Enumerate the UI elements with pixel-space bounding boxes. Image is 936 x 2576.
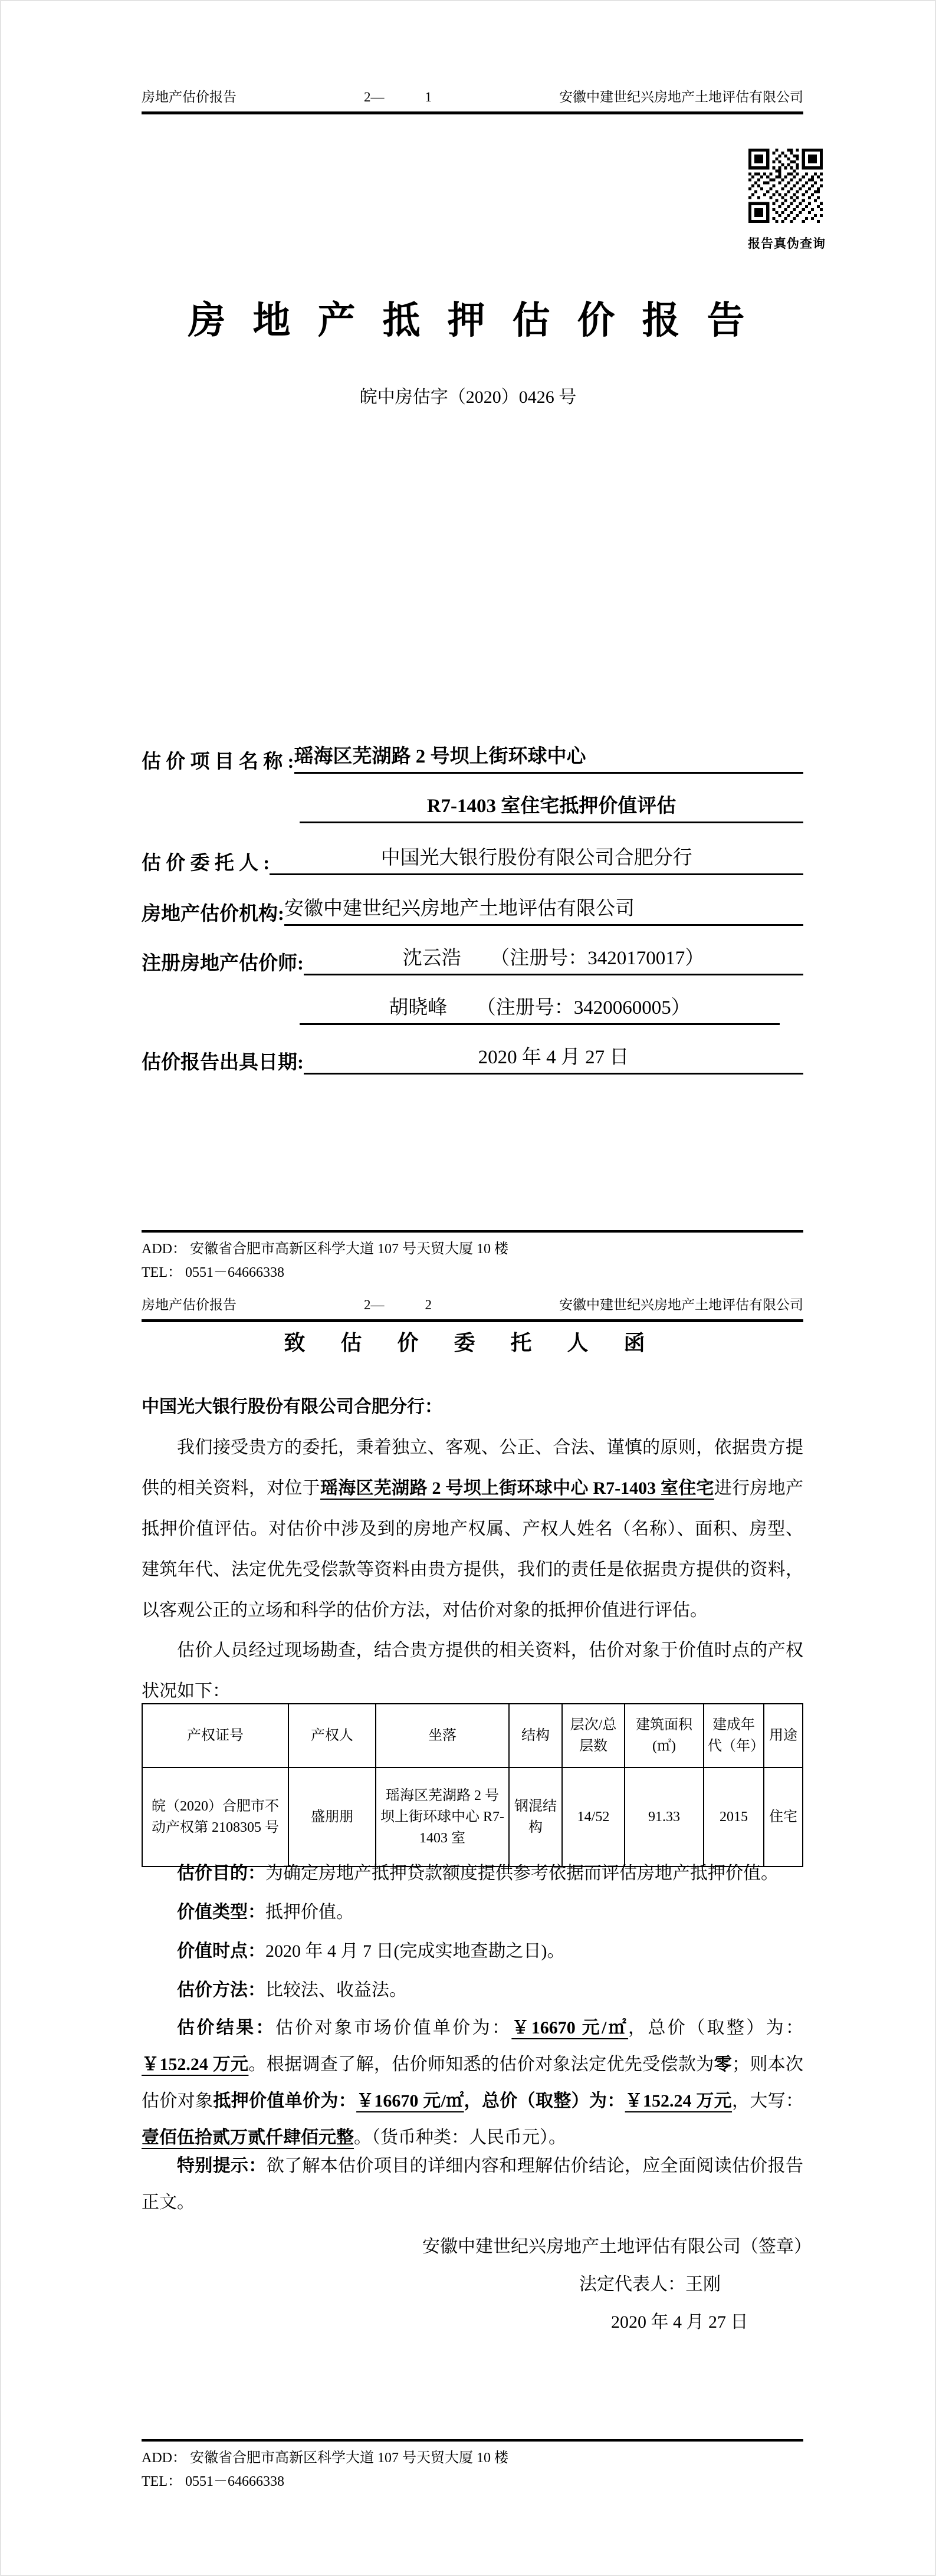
cell-certificate-no: 皖（2020）合肥市不动产权第 2108305 号: [142, 1767, 288, 1867]
letter-paragraph-survey: 估价人员经过现场勘查，结合贵方提供的相关资料，估价对象于价值时点的产权状况如下：: [142, 1630, 803, 1711]
letter-paragraph-intro: 我们接受贵方的委托，秉着独立、客观、公正、合法、谨慎的原则，依据贵方提供的相关资…: [142, 1427, 803, 1631]
item-value-date: 价值时点：2020 年 4 月 7 日(完成实地查勘之日)。: [142, 1933, 803, 1970]
appraisal-report-document: 房地产估价报告 2— 1 安徽中建世纪兴房地产土地评估有限公司 报告真伪查询 房…: [0, 0, 936, 2576]
col-header-floor: 层次/总层数: [562, 1704, 625, 1767]
signature-date: 2020 年 4 月 27 日: [611, 2307, 748, 2333]
qr-caption: 报告真伪查询: [748, 234, 823, 252]
form-label: 注册房地产估价师:: [142, 948, 304, 975]
page2-footer: ADD： 安徽省合肥市高新区科学大道 107 号天贸大厦 10 楼 TEL： 0…: [142, 2439, 803, 2493]
form-value: 沈云浩 （注册号：3420170017）: [304, 942, 803, 975]
col-header-certificate-no: 产权证号: [142, 1704, 288, 1767]
form-row-project-name-cont: R7-1403 室住宅抵押价值评估: [142, 790, 803, 823]
form-value: 2020 年 4 月 27 日: [304, 1041, 803, 1075]
form-row-issue-date: 估价报告出具日期: 2020 年 4 月 27 日: [142, 1041, 803, 1075]
report-number: 皖中房估字（2020）0426 号: [0, 382, 936, 408]
cell-owner: 盛朋朋: [288, 1767, 376, 1867]
form-value: 胡晓峰 （注册号：3420060005）: [300, 992, 780, 1025]
item-text: 2020 年 4 月 7 日(完成实地查勘之日)。: [265, 1941, 564, 1961]
form-row-client: 估 价 委 托 人 : 中国光大银行股份有限公司合肥分行: [142, 842, 803, 875]
table-header-row: 产权证号 产权人 坐落 结构 层次/总层数 建筑面积(㎡) 建成年代（年） 用途: [142, 1704, 803, 1767]
col-header-owner: 产权人: [288, 1704, 376, 1767]
property-rights-table: 产权证号 产权人 坐落 结构 层次/总层数 建筑面积(㎡) 建成年代（年） 用途…: [142, 1703, 803, 1867]
signature-legal-representative: 法定代表人：王刚: [579, 2269, 721, 2295]
qr-code-icon: [748, 149, 823, 223]
form-label: 估价报告出具日期:: [142, 1047, 304, 1075]
cell-location: 瑶海区芜湖路 2 号坝上街环球中心 R7-1403 室: [376, 1767, 509, 1867]
item-appraisal-method: 估价方法：比较法、收益法。: [142, 1972, 803, 2009]
footer-address: ADD： 安徽省合肥市高新区科学大道 107 号天贸大厦 10 楼: [142, 1237, 803, 1261]
item-text: 比较法、收益法。: [265, 1980, 407, 2000]
form-value: R7-1403 室住宅抵押价值评估: [300, 790, 803, 823]
cell-year-built: 2015: [704, 1767, 764, 1867]
item-label: 特别提示：: [177, 2156, 267, 2176]
table-data-row: 皖（2020）合肥市不动产权第 2108305 号 盛朋朋 瑶海区芜湖路 2 号…: [142, 1767, 803, 1867]
footer-telephone: TEL： 0551－64666338: [142, 2470, 803, 2493]
item-label: 价值时点：: [177, 1941, 265, 1961]
col-header-area: 建筑面积(㎡): [625, 1704, 704, 1767]
signature-company: 安徽中建世纪兴房地产土地评估有限公司（签章）: [422, 2232, 812, 2258]
header-company-name: 安徽中建世纪兴房地产土地评估有限公司: [559, 86, 803, 106]
form-value: 瑶海区芜湖路 2 号坝上街环球中心: [294, 741, 804, 774]
item-label: 估价目的：: [177, 1864, 265, 1883]
cell-floor: 14/52: [562, 1767, 625, 1867]
cell-use: 住宅: [764, 1767, 803, 1867]
page1-running-header: 房地产估价报告 2— 1 安徽中建世纪兴房地产土地评估有限公司: [142, 86, 803, 114]
footer-address: ADD： 安徽省合肥市高新区科学大道 107 号天贸大厦 10 楼: [142, 2446, 803, 2470]
form-row-project-name: 估 价 项 目 名 称 : 瑶海区芜湖路 2 号坝上街环球中心: [142, 741, 803, 774]
header-company-name: 安徽中建世纪兴房地产土地评估有限公司: [559, 1294, 803, 1313]
item-text: 抵押价值。: [265, 1903, 354, 1922]
qr-block: 报告真伪查询: [748, 149, 823, 252]
item-label: 估价方法：: [177, 1980, 265, 2000]
form-label: 估 价 项 目 名 称 :: [142, 746, 294, 774]
form-label: 房地产估价机构:: [142, 898, 284, 926]
page2-running-header: 房地产估价报告 2— 2 安徽中建世纪兴房地产土地评估有限公司: [142, 1294, 803, 1322]
header-page-number: 2— 2: [237, 1294, 559, 1313]
col-header-use: 用途: [764, 1704, 803, 1767]
header-page-number: 2— 1: [237, 86, 559, 106]
item-text: 为确定房地产抵押贷款额度提供参考依据而评估房地产抵押价值。: [265, 1864, 779, 1883]
header-doc-label: 房地产估价报告: [142, 1294, 237, 1313]
col-header-location: 坐落: [376, 1704, 509, 1767]
form-label: 估 价 委 托 人 :: [142, 847, 270, 875]
col-header-year-built: 建成年代（年）: [704, 1704, 764, 1767]
report-main-title: 房 地 产 抵 押 估 价 报 告: [0, 290, 936, 344]
item-special-notice: 特别提示：欲了解本估价项目的详细内容和理解估价结论，应全面阅读估价报告正文。: [142, 2148, 803, 2221]
letter-title: 致 估 价 委 托 人 函: [0, 1326, 936, 1356]
form-row-agency: 房地产估价机构: 安徽中建世纪兴房地产土地评估有限公司: [142, 893, 803, 926]
item-appraisal-result: 估价结果：估价对象市场价值单价为：￥16670 元/㎡，总价（取整）为：￥152…: [142, 2010, 803, 2156]
item-label: 价值类型：: [177, 1903, 265, 1922]
form-value: 中国光大银行股份有限公司合肥分行: [270, 842, 803, 875]
form-row-appraiser-1: 注册房地产估价师: 沈云浩 （注册号：3420170017）: [142, 942, 803, 975]
cell-structure: 钢混结构: [509, 1767, 562, 1867]
cell-area: 91.33: [625, 1767, 704, 1867]
footer-telephone: TEL： 0551－64666338: [142, 1261, 803, 1284]
form-row-appraiser-2: 胡晓峰 （注册号：3420060005）: [142, 992, 803, 1025]
item-appraisal-purpose: 估价目的：为确定房地产抵押贷款额度提供参考依据而评估房地产抵押价值。: [142, 1855, 803, 1892]
item-value-type: 价值类型：抵押价值。: [142, 1894, 803, 1931]
letter-salutation: 中国光大银行股份有限公司合肥分行：: [142, 1392, 442, 1418]
col-header-structure: 结构: [509, 1704, 562, 1767]
page1-footer: ADD： 安徽省合肥市高新区科学大道 107 号天贸大厦 10 楼 TEL： 0…: [142, 1230, 803, 1284]
form-value: 安徽中建世纪兴房地产土地评估有限公司: [284, 893, 803, 926]
header-doc-label: 房地产估价报告: [142, 86, 237, 106]
